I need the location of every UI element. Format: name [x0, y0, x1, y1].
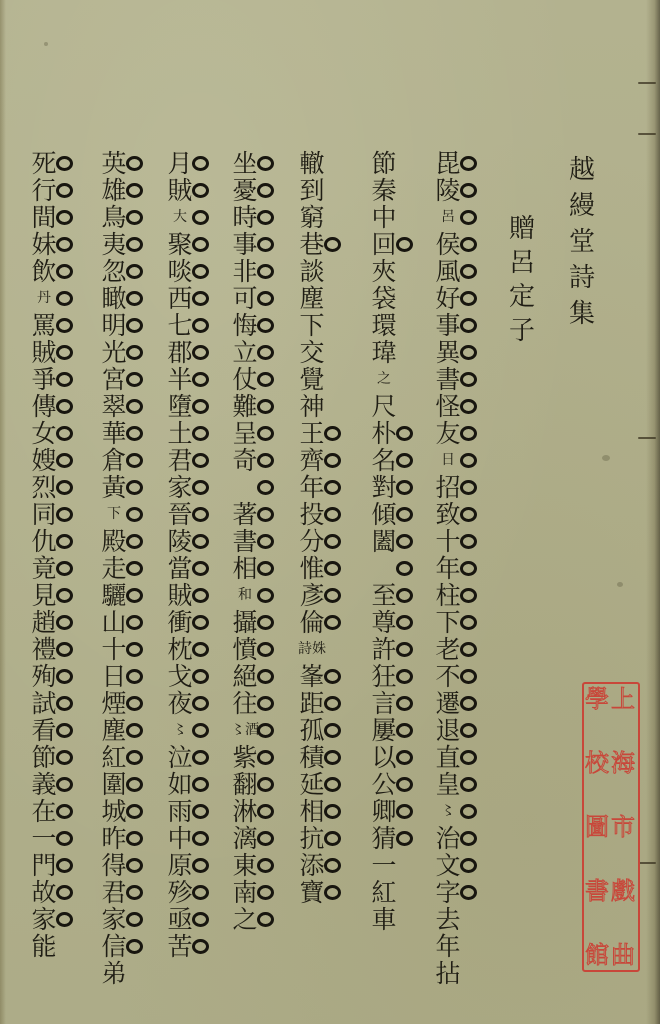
- char-row: 攝: [231, 609, 274, 636]
- char-row: 七: [166, 312, 209, 339]
- glyph: 君: [100, 879, 128, 906]
- punctuation-circle-icon: [257, 885, 274, 900]
- glyph: 忽: [100, 258, 128, 285]
- glyph: 女: [30, 420, 58, 447]
- punctuation-circle-icon: [257, 750, 274, 765]
- glyph: 皇: [434, 771, 462, 798]
- char-row: 峯: [298, 663, 341, 690]
- glyph: 宮: [100, 366, 128, 393]
- glyph: 著: [231, 501, 259, 528]
- punctuation-circle-icon: [126, 750, 143, 765]
- punctuation-circle-icon: [396, 804, 413, 819]
- punctuation-circle-icon: [56, 453, 73, 468]
- paper-spot: [617, 582, 623, 587]
- glyph: 夾: [370, 258, 398, 285]
- char-row: 月: [166, 150, 209, 177]
- char-row: 毘: [434, 150, 477, 177]
- char-row: 可: [231, 285, 274, 312]
- char-row: 袋: [370, 285, 398, 312]
- char-row: 雨: [166, 798, 209, 825]
- punctuation-circle-icon: [396, 237, 413, 252]
- glyph: 雨: [166, 798, 194, 825]
- punctuation-circle-icon: [257, 912, 274, 927]
- punctuation-circle-icon: [257, 588, 274, 603]
- glyph: 烈: [30, 474, 58, 501]
- char-row: 殿: [100, 528, 143, 555]
- punctuation-circle-icon: [324, 723, 341, 738]
- glyph: 淋: [231, 798, 259, 825]
- char-row: 昨: [100, 825, 143, 852]
- char-row: 招: [434, 474, 477, 501]
- punctuation-circle-icon: [257, 696, 274, 711]
- seal-glyph: 上: [611, 687, 635, 711]
- char-row: 晉: [166, 501, 209, 528]
- char-row: 丹: [30, 285, 73, 312]
- char-row: 以: [370, 744, 413, 771]
- punctuation-circle-icon: [257, 237, 274, 252]
- punctuation-circle-icon: [126, 534, 143, 549]
- punctuation-circle-icon: [56, 885, 73, 900]
- punctuation-circle-icon: [56, 642, 73, 657]
- punctuation-circle-icon: [56, 831, 73, 846]
- glyph: 家: [166, 474, 194, 501]
- punctuation-circle-icon: [257, 858, 274, 873]
- char-row: 年: [434, 555, 477, 582]
- punctuation-circle-icon: [126, 858, 143, 873]
- punctuation-circle-icon: [192, 561, 209, 576]
- punctuation-circle-icon: [192, 723, 209, 738]
- glyph: 屢: [370, 717, 398, 744]
- char-row: 能: [30, 933, 58, 960]
- punctuation-circle-icon: [126, 777, 143, 792]
- punctuation-circle-icon: [257, 777, 274, 792]
- glyph: 侯: [434, 231, 462, 258]
- glyph: 相: [298, 798, 326, 825]
- char-row: 交: [298, 339, 326, 366]
- glyph: 坐: [231, 150, 259, 177]
- glyph: 言: [370, 690, 398, 717]
- char-row: 〻: [434, 798, 477, 825]
- char-row: 至: [370, 582, 413, 609]
- glyph: 神: [298, 393, 326, 420]
- char-row: 行: [30, 177, 73, 204]
- char-row: 義: [30, 771, 73, 798]
- seal-glyph: 館: [585, 943, 609, 967]
- char-row: 如: [166, 771, 209, 798]
- char-row: 君: [100, 879, 143, 906]
- char-row: 傾: [370, 501, 413, 528]
- glyph: 悔: [231, 312, 259, 339]
- glyph: 半: [166, 366, 194, 393]
- glyph: 大: [166, 204, 194, 231]
- punctuation-circle-icon: [126, 399, 143, 414]
- punctuation-circle-icon: [56, 399, 73, 414]
- char-row: 倉: [100, 447, 143, 474]
- char-row: 日: [434, 447, 477, 474]
- punctuation-circle-icon: [324, 858, 341, 873]
- glyph: 退: [434, 717, 462, 744]
- punctuation-circle-icon: [396, 723, 413, 738]
- char-row: [231, 474, 274, 501]
- binding-thread-mark: [638, 82, 656, 84]
- punctuation-circle-icon: [257, 534, 274, 549]
- char-row: 異: [434, 339, 477, 366]
- char-row: 詩: [568, 260, 596, 296]
- char-row: 爭: [30, 366, 73, 393]
- glyph: 奇: [231, 447, 259, 474]
- char-row: 〻酒: [231, 717, 274, 744]
- text-column-5: 月賊大聚啖西七郡半墮土君家晉陵當賊衝枕戈夜〻泣如雨中原殄亟苦: [166, 150, 209, 960]
- punctuation-circle-icon: [126, 291, 143, 306]
- punctuation-circle-icon: [460, 561, 477, 576]
- punctuation-circle-icon: [126, 480, 143, 495]
- char-row: 弟: [100, 960, 128, 987]
- punctuation-circle-icon: [324, 696, 341, 711]
- punctuation-circle-icon: [192, 831, 209, 846]
- punctuation-circle-icon: [192, 777, 209, 792]
- glyph: 可: [231, 285, 259, 312]
- char-row: 抗: [298, 825, 341, 852]
- glyph: 環: [370, 312, 398, 339]
- punctuation-circle-icon: [324, 237, 341, 252]
- punctuation-circle-icon: [257, 372, 274, 387]
- glyph: 對: [370, 474, 398, 501]
- char-row: 年: [298, 474, 341, 501]
- char-row: 夷: [100, 231, 143, 258]
- glyph: 詩姝: [298, 636, 326, 663]
- char-row: 文: [434, 852, 477, 879]
- punctuation-circle-icon: [257, 426, 274, 441]
- char-row: 節: [30, 744, 73, 771]
- char-row: 公: [370, 771, 413, 798]
- char-row: 呂: [508, 246, 536, 280]
- char-row: 當: [166, 555, 209, 582]
- char-row: 聚: [166, 231, 209, 258]
- char-row: 死: [30, 150, 73, 177]
- char-row: 殄: [166, 879, 209, 906]
- glyph: 墮: [166, 393, 194, 420]
- glyph: 彥: [298, 582, 326, 609]
- glyph: 啖: [166, 258, 194, 285]
- char-row: 呂: [434, 204, 477, 231]
- glyph: 七: [166, 312, 194, 339]
- glyph: 紅: [370, 879, 398, 906]
- glyph: 傳: [30, 393, 58, 420]
- glyph: 書: [231, 528, 259, 555]
- char-row: 覺: [298, 366, 326, 393]
- text-column-6: 英雄鳥夷忽瞰明光宮翠華倉黃下殿走驪山十日煙塵紅圍城昨得君家信弟: [100, 150, 143, 987]
- char-row: 朴: [370, 420, 413, 447]
- glyph: 尊: [370, 609, 398, 636]
- glyph: 故: [30, 879, 58, 906]
- glyph: 巷: [298, 231, 326, 258]
- char-row: 節: [370, 150, 398, 177]
- glyph: 事: [231, 231, 259, 258]
- glyph: 日: [100, 663, 128, 690]
- punctuation-circle-icon: [396, 561, 413, 576]
- punctuation-circle-icon: [396, 831, 413, 846]
- glyph: 翻: [231, 771, 259, 798]
- char-row: 紫: [231, 744, 274, 771]
- char-row: 下: [100, 501, 143, 528]
- char-row: 回: [370, 231, 413, 258]
- char-row: 憤: [231, 636, 274, 663]
- char-row: 家: [100, 906, 143, 933]
- glyph: 原: [166, 852, 194, 879]
- glyph: 積: [298, 744, 326, 771]
- punctuation-circle-icon: [460, 426, 477, 441]
- char-row: 雄: [100, 177, 143, 204]
- char-row: 鳥: [100, 204, 143, 231]
- punctuation-circle-icon: [460, 399, 477, 414]
- glyph: 分: [298, 528, 326, 555]
- char-row: 信: [100, 933, 143, 960]
- glyph: 抗: [298, 825, 326, 852]
- char-row: 英: [100, 150, 143, 177]
- glyph: 公: [370, 771, 398, 798]
- char-row: 柱: [434, 582, 477, 609]
- punctuation-circle-icon: [324, 507, 341, 522]
- char-row: 漓: [231, 825, 274, 852]
- punctuation-circle-icon: [192, 642, 209, 657]
- glyph: 家: [100, 906, 128, 933]
- glyph: 呂: [508, 246, 536, 280]
- glyph: 當: [166, 555, 194, 582]
- punctuation-circle-icon: [396, 453, 413, 468]
- char-row: 字: [434, 879, 477, 906]
- char-row: 光: [100, 339, 143, 366]
- punctuation-circle-icon: [56, 534, 73, 549]
- seal-glyph: 海: [611, 751, 635, 775]
- char-row: 〻: [166, 717, 209, 744]
- seal-glyph: 曲: [611, 943, 635, 967]
- glyph: 許: [370, 636, 398, 663]
- char-row: 分: [298, 528, 341, 555]
- paper-spot: [602, 455, 610, 461]
- glyph: 縵: [568, 188, 596, 224]
- punctuation-circle-icon: [460, 345, 477, 360]
- punctuation-circle-icon: [324, 453, 341, 468]
- punctuation-circle-icon: [460, 615, 477, 630]
- glyph: 談: [298, 258, 326, 285]
- glyph: 西: [166, 285, 194, 312]
- punctuation-circle-icon: [192, 696, 209, 711]
- punctuation-circle-icon: [126, 723, 143, 738]
- glyph: 戈: [166, 663, 194, 690]
- punctuation-circle-icon: [257, 615, 274, 630]
- glyph: 回: [370, 231, 398, 258]
- punctuation-circle-icon: [257, 399, 274, 414]
- glyph: 寶: [298, 879, 326, 906]
- punctuation-circle-icon: [56, 804, 73, 819]
- binding-thread-mark: [638, 437, 656, 439]
- char-row: 對: [370, 474, 413, 501]
- char-row: 瑋: [370, 339, 398, 366]
- char-row: 驪: [100, 582, 143, 609]
- punctuation-circle-icon: [192, 885, 209, 900]
- glyph: 嫂: [30, 447, 58, 474]
- char-row: 齊: [298, 447, 341, 474]
- glyph: 憂: [231, 177, 259, 204]
- char-row: 看: [30, 717, 73, 744]
- glyph: 贈: [508, 212, 536, 246]
- char-row: 賊: [166, 582, 209, 609]
- glyph: 中: [166, 825, 194, 852]
- char-row: 賊: [30, 339, 73, 366]
- glyph: 賊: [166, 177, 194, 204]
- punctuation-circle-icon: [126, 507, 143, 522]
- char-row: 談: [298, 258, 326, 285]
- glyph: 殿: [100, 528, 128, 555]
- glyph: 同: [30, 501, 58, 528]
- char-row: 城: [100, 798, 143, 825]
- seal-glyph: 書: [585, 879, 609, 903]
- glyph: 〻酒: [231, 717, 259, 744]
- glyph: 漓: [231, 825, 259, 852]
- glyph: 枕: [166, 636, 194, 663]
- punctuation-circle-icon: [192, 399, 209, 414]
- char-row: 東: [231, 852, 274, 879]
- glyph: 郡: [166, 339, 194, 366]
- glyph: 治: [434, 825, 462, 852]
- punctuation-circle-icon: [396, 669, 413, 684]
- glyph: 年: [434, 555, 462, 582]
- glyph: 書: [434, 366, 462, 393]
- text-column-7: 死行間妹飲丹罵賊爭傳女嫂烈同仇竟見趙禮殉試看節義在一門故家能: [30, 150, 73, 960]
- glyph: 家: [30, 906, 58, 933]
- punctuation-circle-icon: [192, 318, 209, 333]
- seal-glyph: 市: [611, 815, 635, 839]
- glyph: 仗: [231, 366, 259, 393]
- char-row: 紅: [100, 744, 143, 771]
- char-row: 呈: [231, 420, 274, 447]
- punctuation-circle-icon: [56, 588, 73, 603]
- glyph: 招: [434, 474, 462, 501]
- punctuation-circle-icon: [56, 426, 73, 441]
- glyph: 添: [298, 852, 326, 879]
- char-row: 忽: [100, 258, 143, 285]
- glyph: 延: [298, 771, 326, 798]
- binding-edge: [646, 0, 660, 1024]
- char-row: 坐: [231, 150, 274, 177]
- punctuation-circle-icon: [460, 642, 477, 657]
- punctuation-circle-icon: [324, 561, 341, 576]
- char-row: 衝: [166, 609, 209, 636]
- glyph: 昨: [100, 825, 128, 852]
- glyph: 孤: [298, 717, 326, 744]
- manuscript-page: 越縵堂詩集 贈呂定子 毘陵呂侯風好事異書怪友日招致十年柱下老不遷退直皇〻治文字去…: [0, 0, 660, 1024]
- char-row: 相: [231, 555, 274, 582]
- char-row: 秦: [370, 177, 398, 204]
- char-row: 環: [370, 312, 398, 339]
- glyph: 聚: [166, 231, 194, 258]
- punctuation-circle-icon: [460, 885, 477, 900]
- punctuation-circle-icon: [192, 939, 209, 954]
- punctuation-circle-icon: [56, 291, 73, 306]
- glyph: 拈: [434, 960, 462, 987]
- glyph: 泣: [166, 744, 194, 771]
- char-row: 竟: [30, 555, 73, 582]
- glyph: 節: [30, 744, 58, 771]
- glyph: 距: [298, 690, 326, 717]
- glyph: 如: [166, 771, 194, 798]
- punctuation-circle-icon: [126, 210, 143, 225]
- char-row: 書: [434, 366, 477, 393]
- char-row: 啖: [166, 258, 209, 285]
- char-row: 退: [434, 717, 477, 744]
- glyph: 亟: [166, 906, 194, 933]
- char-row: 許: [370, 636, 413, 663]
- char-row: 華: [100, 420, 143, 447]
- punctuation-circle-icon: [126, 237, 143, 252]
- punctuation-circle-icon: [56, 210, 73, 225]
- glyph: 王: [298, 420, 326, 447]
- glyph: 晉: [166, 501, 194, 528]
- glyph: 柱: [434, 582, 462, 609]
- punctuation-circle-icon: [396, 696, 413, 711]
- glyph: 堂: [568, 224, 596, 260]
- punctuation-circle-icon: [460, 696, 477, 711]
- punctuation-circle-icon: [460, 291, 477, 306]
- char-row: 之: [231, 906, 274, 933]
- glyph: 苦: [166, 933, 194, 960]
- glyph: 煙: [100, 690, 128, 717]
- punctuation-circle-icon: [396, 615, 413, 630]
- punctuation-circle-icon: [126, 831, 143, 846]
- glyph: 妹: [30, 231, 58, 258]
- char-row: 尺: [370, 393, 398, 420]
- glyph: 怪: [434, 393, 462, 420]
- glyph: 日: [434, 447, 462, 474]
- char-row: 泣: [166, 744, 209, 771]
- punctuation-circle-icon: [192, 750, 209, 765]
- glyph: 立: [231, 339, 259, 366]
- char-row: 烈: [30, 474, 73, 501]
- char-row: 半: [166, 366, 209, 393]
- glyph: 試: [30, 690, 58, 717]
- char-row: 事: [434, 312, 477, 339]
- glyph: 時: [231, 204, 259, 231]
- punctuation-circle-icon: [460, 237, 477, 252]
- char-row: 絕: [231, 663, 274, 690]
- punctuation-circle-icon: [56, 777, 73, 792]
- glyph: 朴: [370, 420, 398, 447]
- glyph: 得: [100, 852, 128, 879]
- punctuation-circle-icon: [126, 318, 143, 333]
- punctuation-circle-icon: [126, 183, 143, 198]
- char-row: 傳: [30, 393, 73, 420]
- char-row: 定: [508, 280, 536, 314]
- glyph: 越: [568, 152, 596, 188]
- glyph: 風: [434, 258, 462, 285]
- glyph: 山: [100, 609, 128, 636]
- punctuation-circle-icon: [56, 750, 73, 765]
- char-row: 投: [298, 501, 341, 528]
- punctuation-circle-icon: [257, 723, 274, 738]
- char-row: 惟: [298, 555, 341, 582]
- char-row: 紅: [370, 879, 398, 906]
- punctuation-circle-icon: [257, 507, 274, 522]
- punctuation-circle-icon: [257, 669, 274, 684]
- glyph: 難: [231, 393, 259, 420]
- glyph: [231, 474, 259, 501]
- glyph: 子: [508, 314, 536, 348]
- punctuation-circle-icon: [460, 588, 477, 603]
- glyph: 峯: [298, 663, 326, 690]
- glyph: 雄: [100, 177, 128, 204]
- glyph: 定: [508, 280, 536, 314]
- punctuation-circle-icon: [460, 507, 477, 522]
